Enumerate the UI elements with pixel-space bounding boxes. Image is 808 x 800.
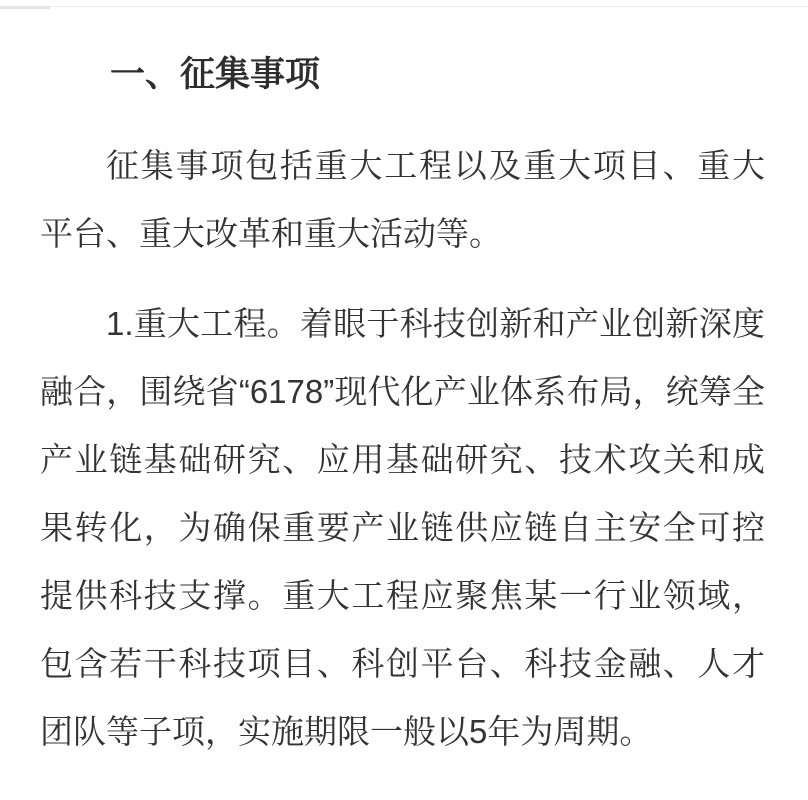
article-page: { "page": { "background_color": "#ffffff…: [0, 0, 808, 800]
article-body: 一、征集事项 征集事项包括重大工程以及重大项目、重大平台、重大改革和重大活动等。…: [0, 50, 808, 766]
paragraph-2: 1.重大工程。着眼于科技创新和产业创新深度融合，围绕省“6178”现代化产业体系…: [40, 290, 765, 766]
top-divider: [0, 6, 808, 7]
paragraph-1: 征集事项包括重大工程以及重大项目、重大平台、重大改革和重大活动等。: [40, 132, 765, 268]
scroll-progress-bar: [0, 6, 50, 9]
section-heading: 一、征集事项: [40, 50, 765, 99]
